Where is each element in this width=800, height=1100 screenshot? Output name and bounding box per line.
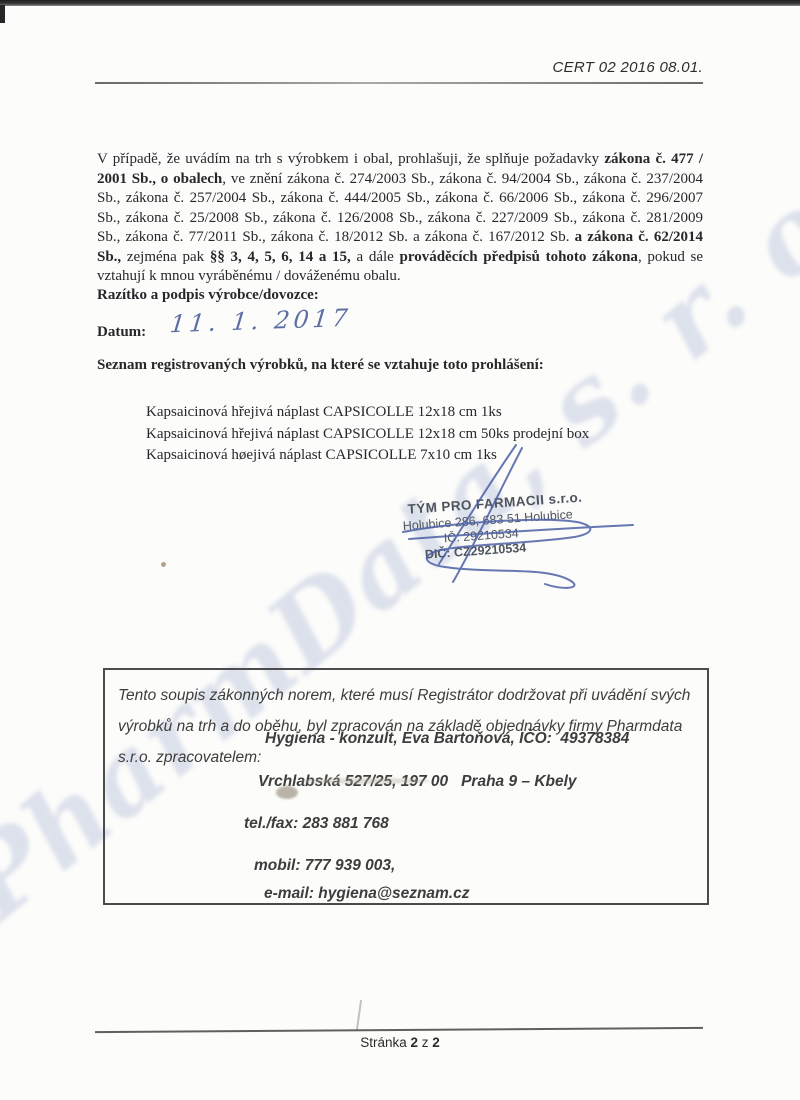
processor-email-line: e-mail: hygiena@seznam.cz	[264, 885, 470, 903]
header-divider	[95, 82, 703, 84]
processor-name-line: Hygiena - konzult, Eva Bartoňová, IČO: 4…	[265, 730, 629, 748]
stamp-signature-label: Razítko a podpis výrobce/dovozce:	[97, 287, 319, 304]
scanned-document-page: PharmData, s. r. o. CERT 02 2016 08.01. …	[0, 0, 800, 1100]
scan-artifact-smear	[300, 778, 430, 784]
processor-mobile-line: mobil: 777 939 003,	[254, 857, 395, 875]
scan-artifact-corner-mark	[0, 5, 5, 23]
product-item: Kapsaicinová hřejivá náplast CAPSICOLLE …	[146, 402, 589, 424]
scan-artifact-smudge	[276, 786, 298, 799]
handwritten-signature	[395, 438, 665, 593]
handwritten-date: 11. 1. 2017	[169, 304, 353, 338]
scan-artifact-dot	[161, 562, 166, 567]
stamp-and-signature: TÝM PRO FARMACII s.r.o. Holubice 286, 68…	[395, 438, 665, 593]
processor-info-box: Tento soupis zákonných norem, které musí…	[103, 668, 709, 905]
info-box-intro: Tento soupis zákonných norem, které musí…	[118, 680, 698, 773]
page-number: Stránka 2 z 2	[0, 1035, 800, 1050]
date-label: Datum:	[97, 324, 146, 341]
products-heading: Seznam registrovaných výrobků, na které …	[97, 357, 544, 374]
scan-artifact-stray-mark	[356, 1000, 362, 1030]
declaration-paragraph: V případě, že uvádím na trh s výrobkem i…	[97, 150, 703, 287]
processor-telfax-line: tel./fax: 283 881 768	[244, 815, 389, 833]
scan-artifact-top-strip	[0, 0, 800, 6]
document-code: CERT 02 2016 08.01.	[97, 59, 703, 76]
footer-divider	[95, 1027, 703, 1033]
